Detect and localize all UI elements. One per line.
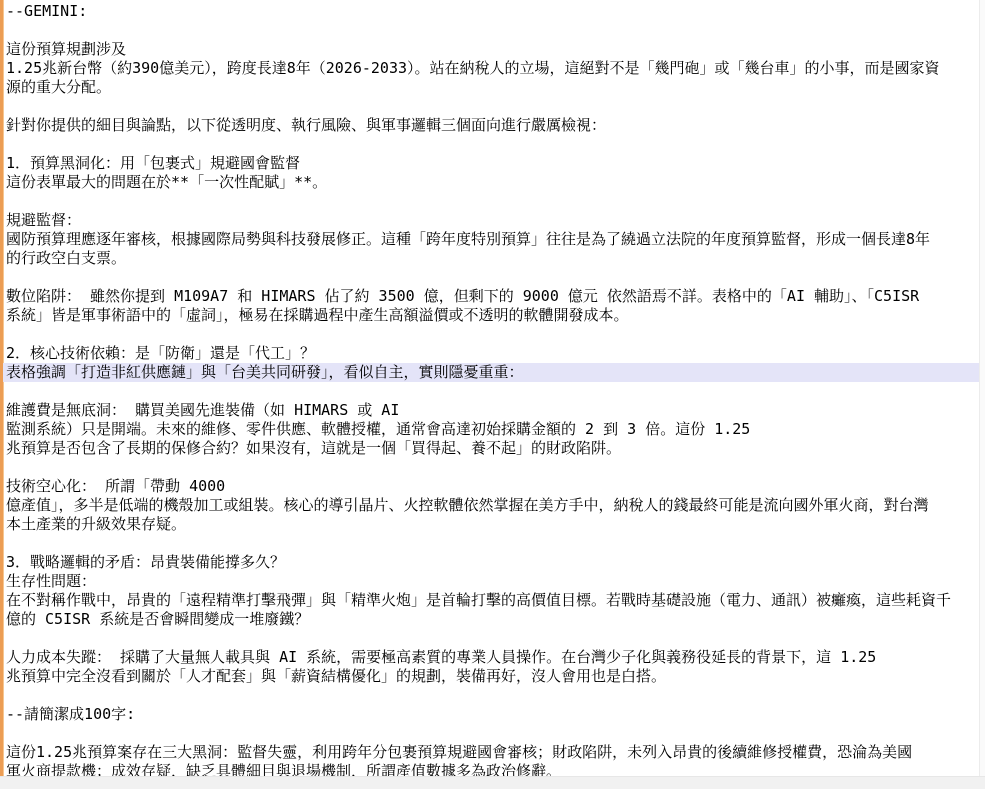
text-line: 2．核心技術依賴：是「防衛」還是「代工」？ xyxy=(3,344,985,363)
text-line xyxy=(3,268,985,287)
text-line: 兆預算是否包含了長期的保修合約？如果沒有，這就是一個「買得起、養不起」的財政陷阱… xyxy=(3,439,985,458)
text-line: 這份1.25兆預算案存在三大黑洞：監督失靈，利用跨年分包裹預算規避國會審核；財政… xyxy=(3,743,985,762)
text-line: 億產值」，多半是低端的機殼加工或組裝。核心的導引晶片、火控軟體依然掌握在美方手中… xyxy=(3,496,985,515)
text-line xyxy=(3,458,985,477)
selected-text-line: 表格強調「打造非紅供應鏈」與「台美共同研發」，看似自主，實則隱憂重重： xyxy=(3,363,985,382)
text-line: 源的重大分配。 xyxy=(3,78,985,97)
text-line: 1.25兆新台幣（約390億美元），跨度長達8年（2026-2033）。站在納稅… xyxy=(3,59,985,78)
text-line xyxy=(3,382,985,401)
text-line: 國防預算理應逐年審核，根據國際局勢與科技發展修正。這種「跨年度特別預算」往往是為… xyxy=(3,230,985,249)
text-line: 1．預算黑洞化：用「包裹式」規避國會監督 xyxy=(3,154,985,173)
text-line: 在不對稱作戰中，昂貴的「遠程精準打擊飛彈」與「精準火炮」是首輪打擊的高價值目標。… xyxy=(3,591,985,610)
text-line: 規避監督： xyxy=(3,211,985,230)
text-line xyxy=(3,724,985,743)
text-line: 3．戰略邏輯的矛盾：昂貴裝備能撐多久？ xyxy=(3,553,985,572)
text-line xyxy=(3,534,985,553)
text-line: 人力成本失蹤： 採購了大量無人載具與 AI 系統，需要極高素質的專業人員操作。在… xyxy=(3,648,985,667)
text-line: 系統」皆是軍事術語中的「虛詞」，極易在採購過程中產生高額溢價或不透明的軟體開發成… xyxy=(3,306,985,325)
text-line: --GEMINI: xyxy=(3,2,985,21)
text-line: --請簡潔成100字: xyxy=(3,705,985,724)
text-line xyxy=(3,192,985,211)
text-line: 億的 C5ISR 系統是否會瞬間變成一堆廢鐵？ xyxy=(3,610,985,629)
text-line: 技術空心化： 所謂「帶動 4000 xyxy=(3,477,985,496)
text-line xyxy=(3,686,985,705)
text-line xyxy=(3,97,985,116)
text-line xyxy=(3,325,985,344)
text-line: 數位陷阱： 雖然你提到 M109A7 和 HIMARS 佔了約 3500 億，但… xyxy=(3,287,985,306)
text-line xyxy=(3,135,985,154)
text-line: 的行政空白支票。 xyxy=(3,249,985,268)
text-line xyxy=(3,21,985,40)
text-line: 這份表單最大的問題在於**「一次性配賦」**。 xyxy=(3,173,985,192)
vertical-scrollbar[interactable] xyxy=(979,0,985,777)
text-line: 本土產業的升級效果存疑。 xyxy=(3,515,985,534)
text-line: 這份預算規劃涉及 xyxy=(3,40,985,59)
text-line: 兆預算中完全沒看到關於「人才配套」與「薪資結構優化」的規劃，裝備再好，沒人會用也… xyxy=(3,667,985,686)
text-line: 軍火商提款機；成效存疑，缺乏具體細目與退場機制，所謂產值數據多為政治修辭。 xyxy=(3,762,985,777)
horizontal-scrollbar[interactable] xyxy=(0,776,985,789)
text-line: 生存性問題： xyxy=(3,572,985,591)
text-line: 針對你提供的細目與論點，以下從透明度、執行風險、與軍事邏輯三個面向進行嚴厲檢視： xyxy=(3,116,985,135)
text-line: 維護費是無底洞： 購買美國先進裝備（如 HIMARS 或 AI xyxy=(3,401,985,420)
text-line xyxy=(3,629,985,648)
document-text-area[interactable]: --GEMINI: 這份預算規劃涉及 1.25兆新台幣（約390億美元），跨度長… xyxy=(0,0,985,777)
text-line: 監測系統）只是開端。未來的維修、零件供應、軟體授權，通常會高達初始採購金額的 2… xyxy=(3,420,985,439)
